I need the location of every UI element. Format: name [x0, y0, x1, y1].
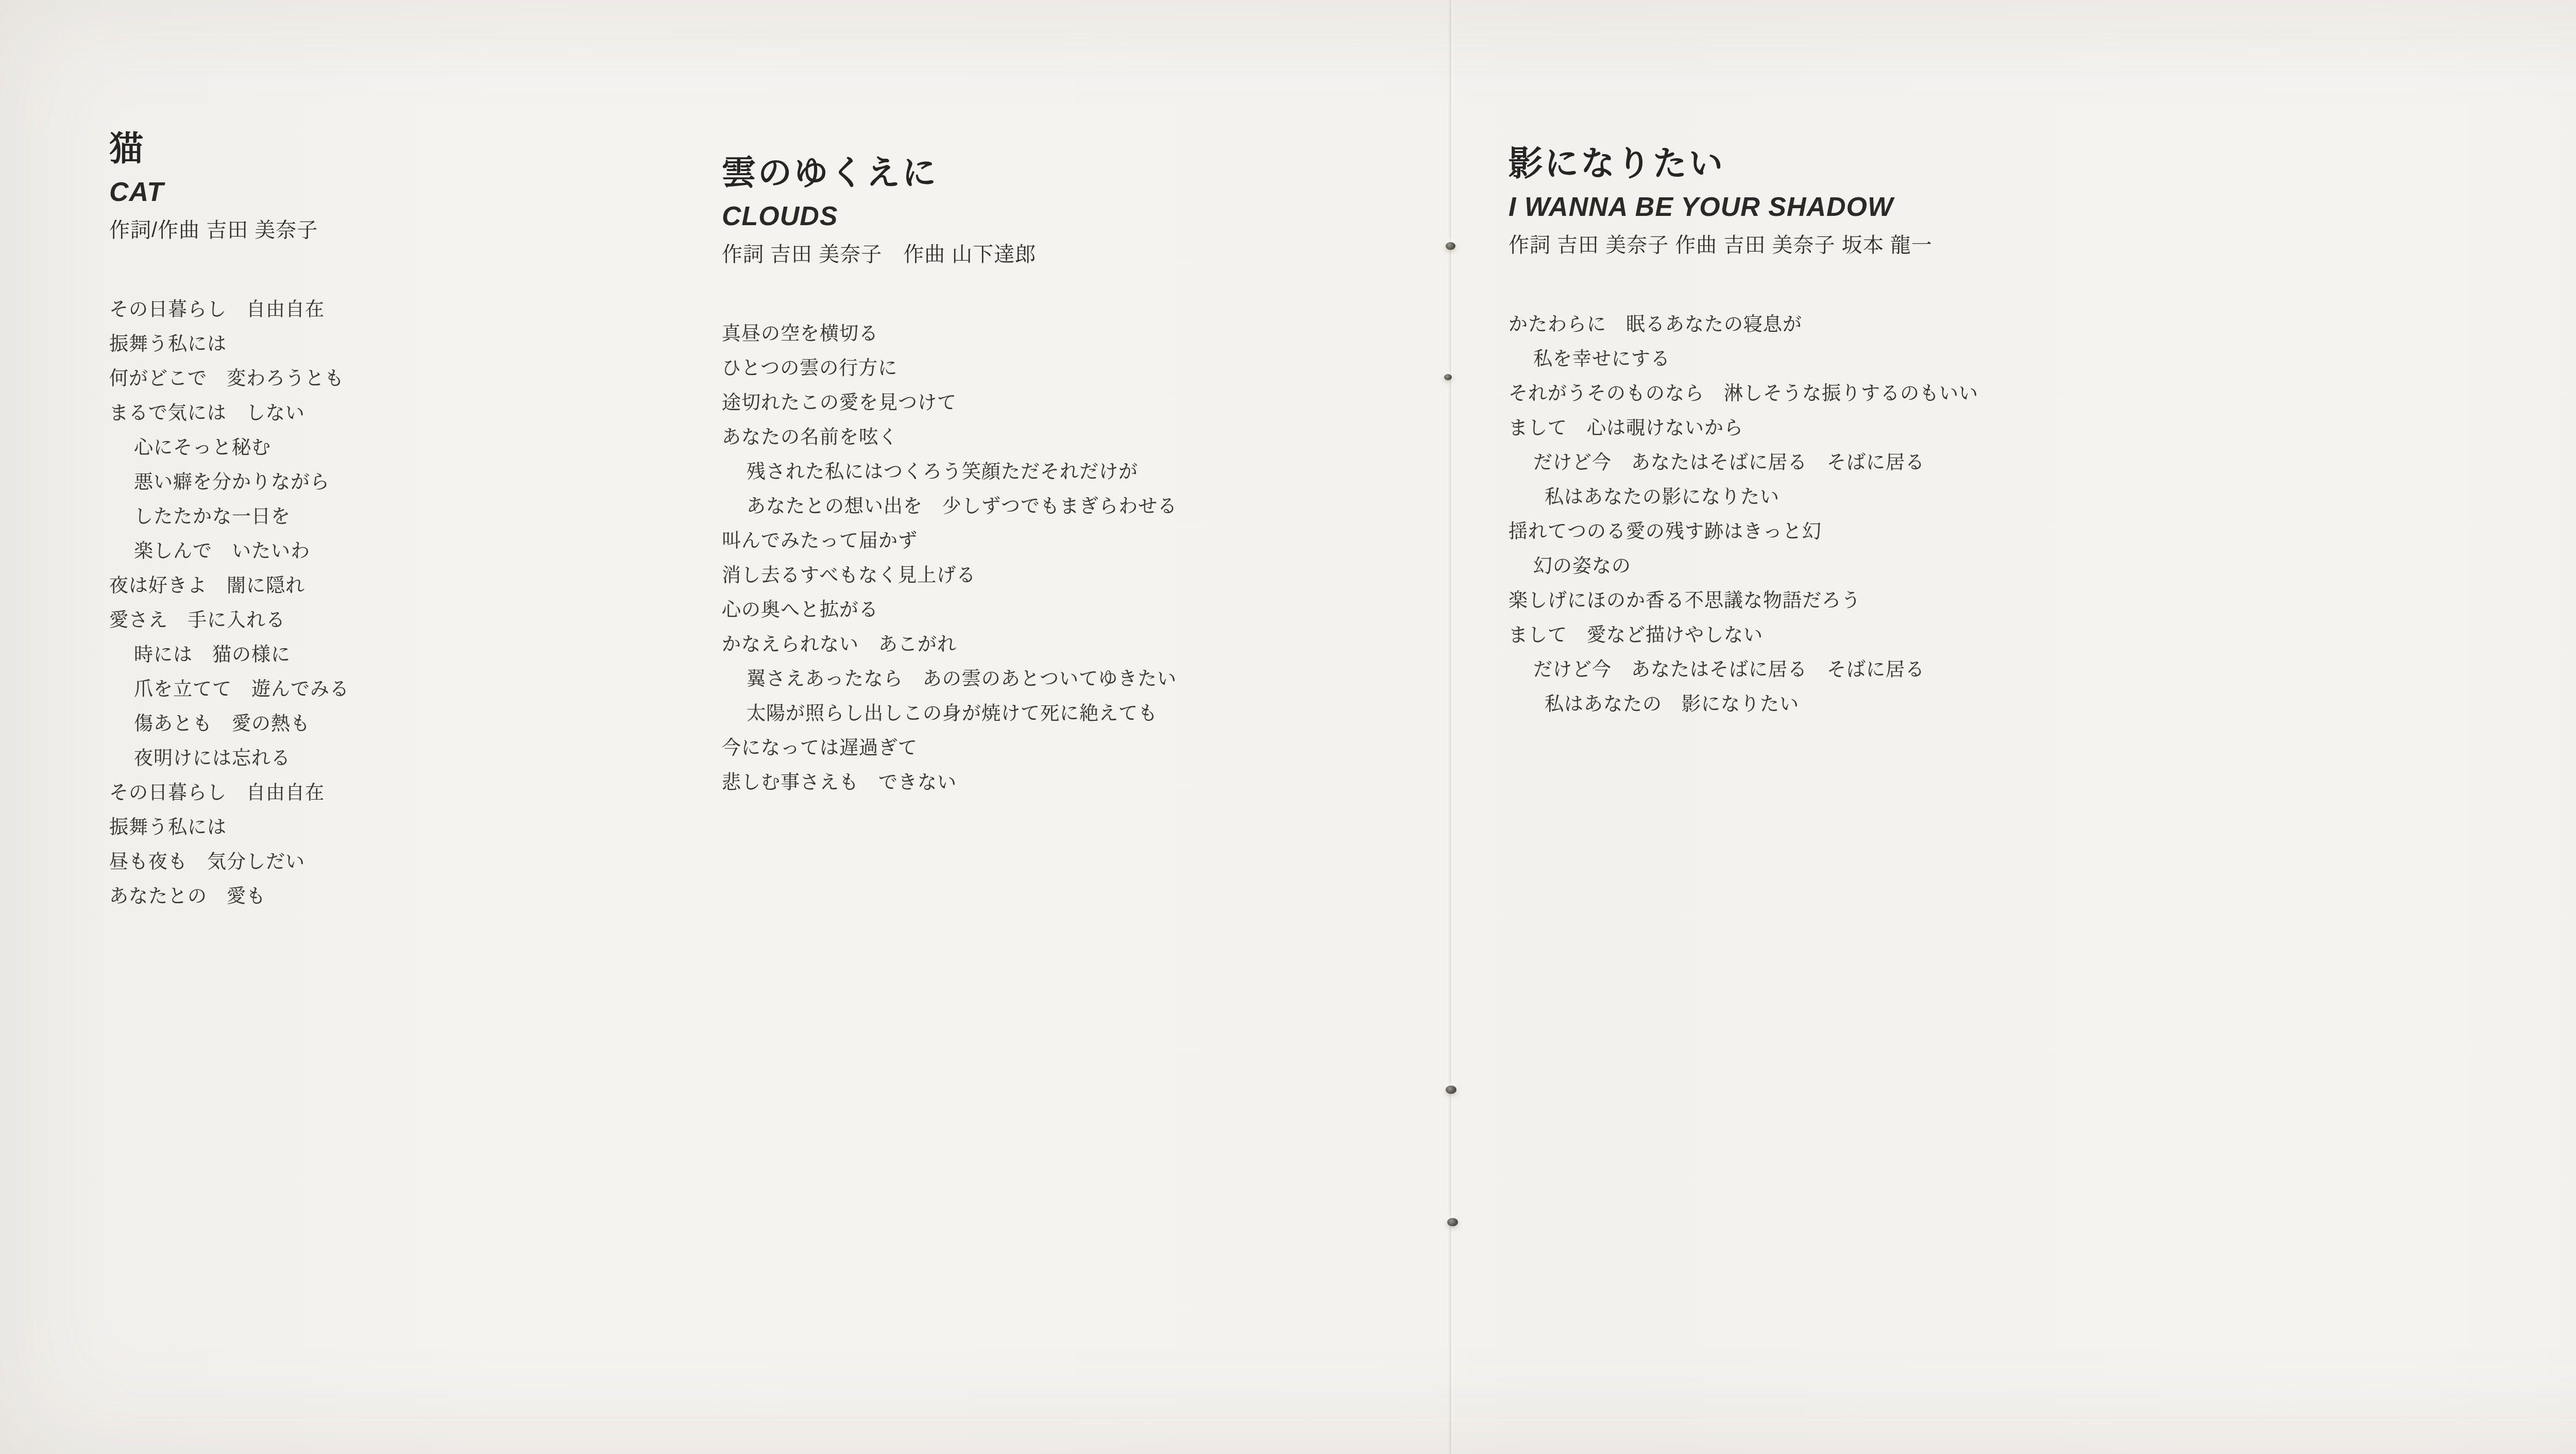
lyric-line: 振舞う私には [109, 327, 349, 361]
lyric-line: かなえられない あこがれ [722, 627, 1177, 662]
lyric-line: かたわらに 眠るあなたの寝息が [1509, 307, 1978, 342]
song-column-shadow: 影になりたい I WANNA BE YOUR SHADOW 作詞 吉田 美奈子 … [1509, 146, 1978, 721]
lyrics-block: その日暮らし 自由自在振舞う私には何がどこで 変わろうともまるで気には しない心… [109, 292, 349, 914]
lyric-line: 楽しげにほのか香る不思議な物語だろう [1509, 583, 1978, 618]
lyrics-block: 真昼の空を横切るひとつの雲の行方に途切れたこの愛を見つけてあなたの名前を呟く残さ… [722, 316, 1177, 800]
lyric-line: その日暮らし 自由自在 [109, 775, 349, 810]
song-column-clouds: 雲のゆくえに CLOUDS 作詞 吉田 美奈子 作曲 山下達郎 真昼の空を横切る… [722, 156, 1177, 800]
lyric-line: 昼も夜も 気分しだい [109, 844, 349, 879]
lyric-line: 幻の姿なの [1509, 549, 1978, 583]
lyric-line: あなたとの 愛も [109, 879, 349, 914]
song-title-jp: 影になりたい [1509, 146, 1978, 180]
lyric-line: 何がどこで 変わろうとも [109, 361, 349, 396]
lyric-line: 傷あとも 愛の熱も [109, 706, 349, 741]
song-title-en: CLOUDS [722, 203, 1177, 230]
lyric-line: したたかな一日を [109, 499, 349, 534]
staple-mark [1447, 1218, 1458, 1226]
song-credit: 作詞 吉田 美奈子 作曲 吉田 美奈子 坂本 龍一 [1509, 235, 1978, 256]
lyric-line: 悲しむ事さえも できない [722, 765, 1177, 800]
lyric-line: まるで気には しない [109, 396, 349, 430]
lyric-line: 残された私にはつくろう笑顔ただそれだけが [722, 454, 1177, 489]
center-fold-crease [1448, 0, 1453, 1454]
lyric-line: それがうそのものなら 淋しそうな振りするのもいい [1509, 376, 1978, 411]
staple-mark [1444, 374, 1452, 380]
song-title-jp: 猫 [109, 131, 349, 165]
lyric-line: 爪を立てて 遊んでみる [109, 672, 349, 706]
lyric-line: だけど今 あなたはそばに居る そばに居る [1509, 652, 1978, 687]
lyric-line: 翼さえあったなら あの雲のあとついてゆきたい [722, 662, 1177, 696]
lyric-line: あなたの名前を呟く [722, 420, 1177, 454]
lyric-line: 時には 猫の様に [109, 637, 349, 672]
song-title-en: CAT [109, 179, 349, 206]
lyric-line: 太陽が照らし出しこの身が焼けて死に絶えても [722, 696, 1177, 731]
lyric-line: 悪い癖を分かりながら [109, 465, 349, 499]
lyric-line: 夜は好きよ 闇に隠れ [109, 568, 349, 603]
lyric-line: 愛さえ 手に入れる [109, 603, 349, 637]
lyric-line: 心にそっと秘む [109, 430, 349, 465]
song-title-en: I WANNA BE YOUR SHADOW [1509, 194, 1978, 221]
song-credit: 作詞/作曲 吉田 美奈子 [109, 220, 349, 241]
lyric-line: 心の奥へと拡がる [722, 593, 1177, 627]
song-title-jp: 雲のゆくえに [722, 156, 1177, 190]
lyric-line: 振舞う私には [109, 810, 349, 844]
lyric-line: 真昼の空を横切る [722, 316, 1177, 351]
lyric-line: あなたとの想い出を 少しずつでもまぎらわせる [722, 489, 1177, 523]
lyric-line: まして 心は覗けないから [1509, 411, 1978, 445]
staple-mark [1446, 1086, 1456, 1094]
lyric-line: 私を幸せにする [1509, 342, 1978, 376]
song-credit: 作詞 吉田 美奈子 作曲 山下達郎 [722, 244, 1177, 265]
song-column-cat: 猫 CAT 作詞/作曲 吉田 美奈子 その日暮らし 自由自在振舞う私には何がどこ… [109, 131, 349, 914]
lyric-line: だけど今 あなたはそばに居る そばに居る [1509, 445, 1978, 480]
lyric-line: ひとつの雲の行方に [722, 351, 1177, 385]
lyric-line: 途切れたこの愛を見つけて [722, 385, 1177, 420]
lyric-line: その日暮らし 自由自在 [109, 292, 349, 327]
lyric-line: 消し去るすべもなく見上げる [722, 558, 1177, 593]
staple-mark [1446, 242, 1455, 250]
lyric-line: まして 愛など描けやしない [1509, 618, 1978, 652]
lyrics-block: かたわらに 眠るあなたの寝息が私を幸せにするそれがうそのものなら 淋しそうな振り… [1509, 307, 1978, 721]
booklet-spread-page: 猫 CAT 作詞/作曲 吉田 美奈子 その日暮らし 自由自在振舞う私には何がどこ… [0, 0, 2576, 1454]
lyric-line: 今になっては遅過ぎて [722, 731, 1177, 765]
lyric-line: 楽しんで いたいわ [109, 534, 349, 568]
lyric-line: 叫んでみたって届かず [722, 523, 1177, 558]
lyric-line: 私はあなたの影になりたい [1509, 480, 1978, 514]
lyric-line: 夜明けには忘れる [109, 741, 349, 775]
lyric-line: 揺れてつのる愛の残す跡はきっと幻 [1509, 514, 1978, 549]
lyric-line: 私はあなたの 影になりたい [1509, 687, 1978, 721]
